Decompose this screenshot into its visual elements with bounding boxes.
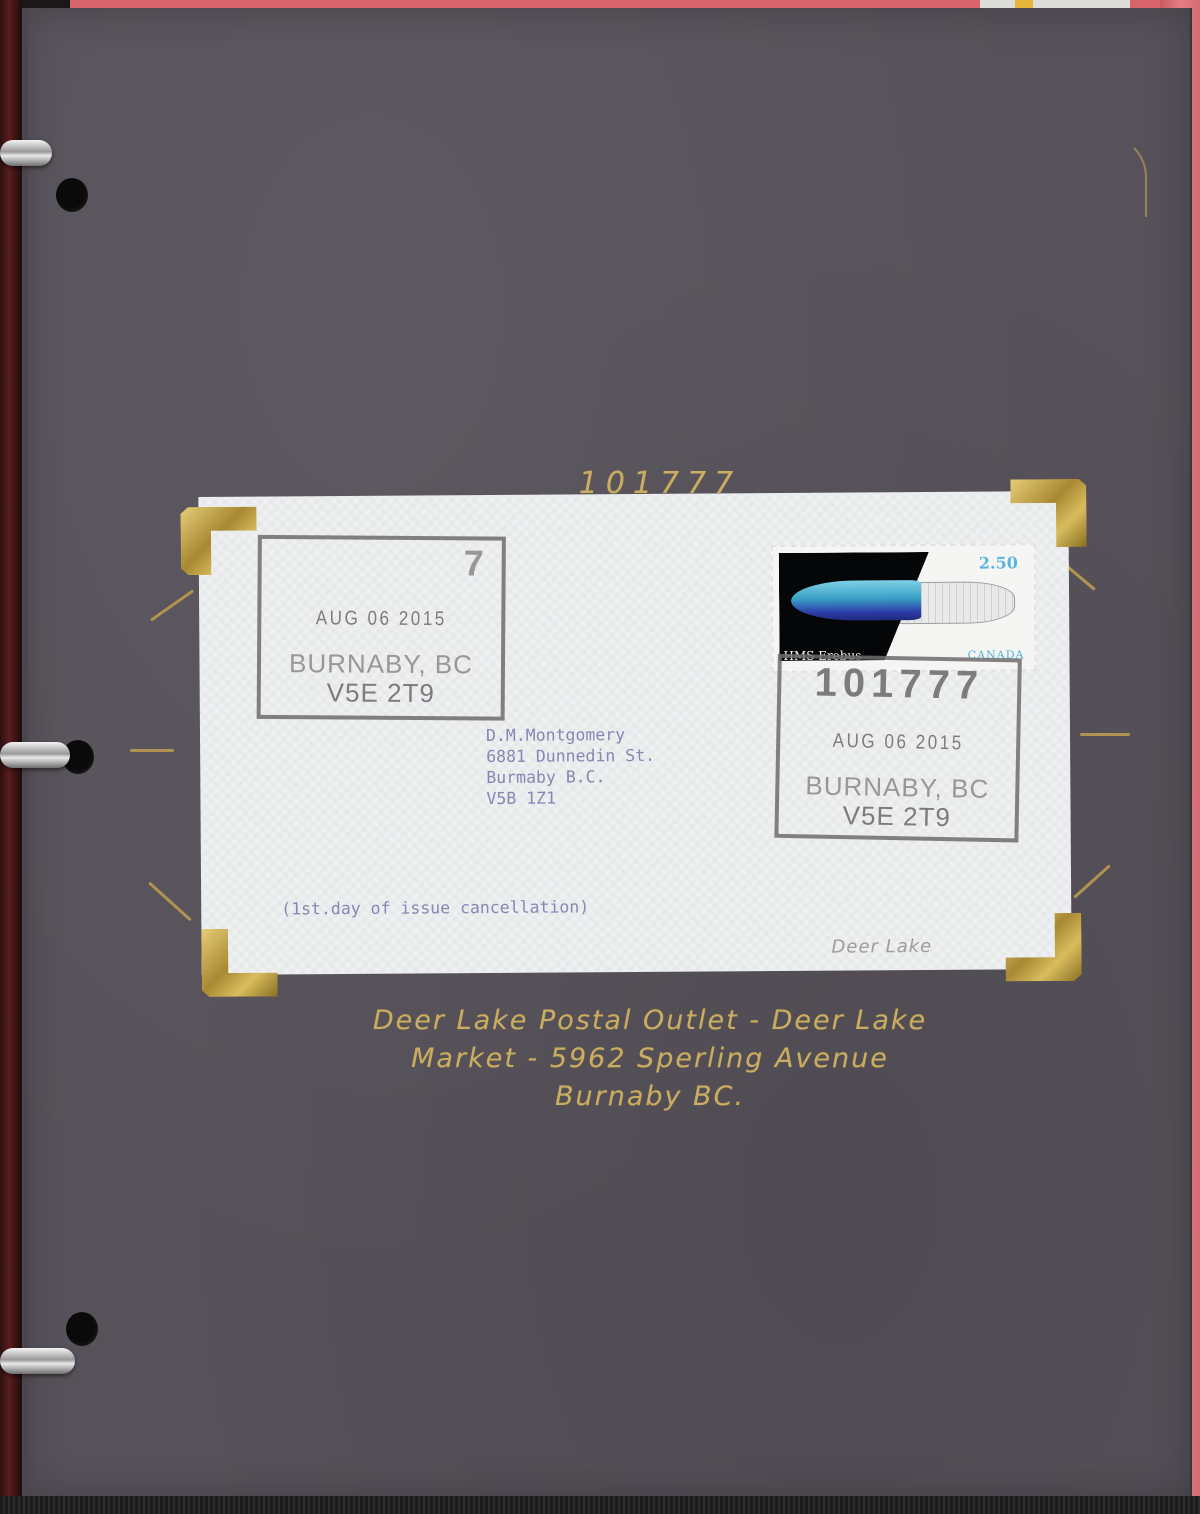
punch-hole-bottom — [66, 1312, 98, 1346]
postmark-postal-code: V5E 2T9 — [261, 679, 501, 707]
ship-wreck-image — [791, 580, 921, 621]
postmark-postal-code: V5E 2T9 — [779, 801, 1015, 832]
recipient-address: D.M.Montgomery 6881 Dunnedin St. Burmaby… — [486, 724, 655, 809]
stamp-denomination: 2.50 — [979, 553, 1018, 572]
photo-corner — [201, 929, 277, 998]
caption-line: Market - 5962 Sperling Avenue — [290, 1040, 1010, 1078]
postmark-city: BURNABY, BC — [261, 648, 501, 681]
binder-ring-top[interactable] — [0, 140, 52, 166]
page-caption: Deer Lake Postal Outlet - Deer Lake Mark… — [290, 1002, 1010, 1116]
photo-corner — [180, 507, 256, 576]
address-line: Burmaby B.C. — [486, 766, 655, 788]
postmark-left: 7 AUG 06 2015 BURNABY, BC V5E 2T9 — [257, 535, 506, 721]
gold-guide-mark — [1080, 733, 1130, 736]
caption-line: Deer Lake Postal Outlet - Deer Lake — [290, 1002, 1010, 1040]
address-line: D.M.Montgomery — [486, 724, 655, 746]
pencil-annotation: Deer Lake — [831, 936, 932, 958]
address-line: V5B 1Z1 — [486, 787, 655, 809]
gold-guide-mark — [130, 749, 174, 752]
postmark-city: BURNABY, BC — [779, 770, 1016, 806]
postmark-number: 7 — [262, 541, 502, 585]
postmark-date: AUG 06 2015 — [798, 729, 999, 756]
postmark-date: AUG 06 2015 — [279, 607, 483, 631]
first-day-cover: 7 AUG 06 2015 BURNABY, BC V5E 2T9 HMS Er… — [198, 491, 1071, 975]
binder-ring-middle[interactable] — [0, 742, 70, 768]
postmark-number: 101777 — [781, 660, 1018, 710]
address-line: 6881 Dunnedin St. — [486, 745, 655, 767]
punch-hole-top — [56, 178, 88, 212]
caption-line: Burnaby BC. — [290, 1078, 1010, 1116]
cancellation-note: (1st.day of issue cancellation) — [281, 896, 589, 919]
photo-corner — [1005, 913, 1081, 982]
postmark-right: 101777 AUG 06 2015 BURNABY, BC V5E 2T9 — [774, 654, 1021, 843]
binder-ring-bottom[interactable] — [0, 1348, 75, 1374]
binder-base — [0, 1496, 1200, 1514]
photo-corner — [1010, 479, 1086, 548]
